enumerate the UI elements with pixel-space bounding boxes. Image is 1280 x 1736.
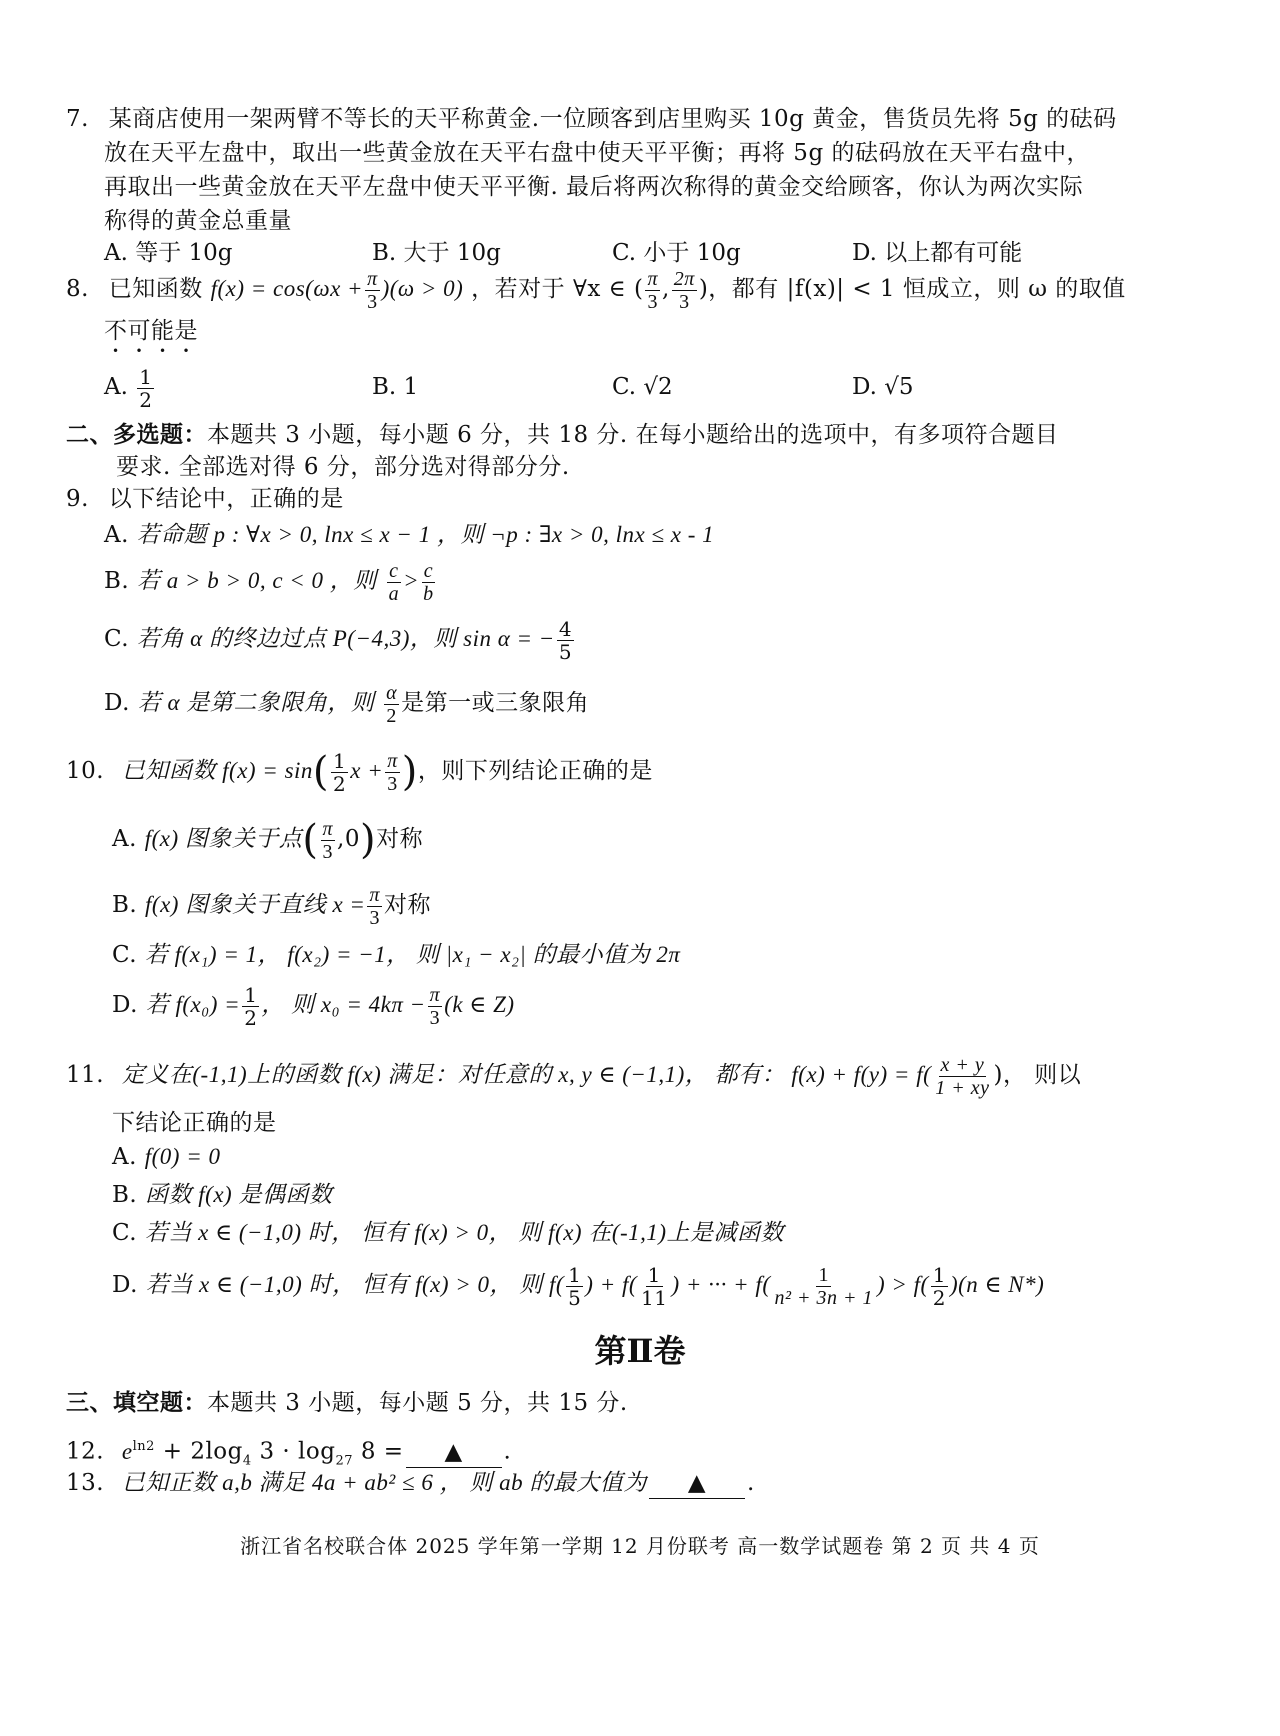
- section-heading: 三、填空题：: [66, 1389, 207, 1416]
- answer-blank[interactable]: ▲: [649, 1468, 745, 1499]
- question-text: 再取出一些黄金放在天平左盘中使天平平衡. 最后将两次称得的黄金交给顾客，你认为两…: [104, 172, 1083, 202]
- question-number: 10.: [66, 758, 104, 784]
- option-c: C. 若 f(x₁) = 1， f(x₂) = −1， 则 |x₁ − x₂| …: [112, 940, 680, 970]
- option-a: A. 等于 10g: [104, 238, 233, 268]
- part-2-title: 第Ⅱ卷: [0, 1326, 1280, 1372]
- option-b: B. f(x) 图象关于直线 x =π3对称: [112, 880, 431, 930]
- option-a: A. 12: [104, 362, 156, 412]
- option-a: A. 若命题 p : ∀x > 0, lnx ≤ x − 1 ，则 ¬p : ∃…: [104, 520, 714, 550]
- exam-page: 7. 某商店使用一架两臂不等长的天平称黄金.一位顾客到店里购买 10g 黄金，售…: [0, 0, 1280, 1736]
- question-number: 8.: [66, 276, 89, 302]
- option-b: B. 大于 10g: [372, 238, 501, 268]
- section-heading: 二、多选题：: [66, 421, 207, 448]
- option-b: B. 函数 f(x) 是偶函数: [112, 1180, 332, 1210]
- emphasized-text: 不可能是: [104, 318, 198, 344]
- question-number: 12.: [66, 1439, 104, 1465]
- question-number: 9.: [66, 486, 89, 512]
- answer-blank[interactable]: ▲: [406, 1437, 502, 1468]
- question-number: 11.: [66, 1062, 104, 1088]
- option-c: C. 若角 α 的终边过点 P(−4,3)，则 sin α = −45: [104, 614, 576, 664]
- question-number: 7.: [66, 106, 89, 132]
- page-footer: 浙江省名校联合体 2025 学年第一学期 12 月份联考 高一数学试题卷 第 2…: [0, 1530, 1280, 1559]
- question-13: 13. 已知正数 a,b 满足 4a + ab² ≤ 6 ， 则 ab 的最大值…: [66, 1468, 755, 1499]
- option-c: C. √2: [612, 372, 673, 402]
- option-d: D. 若 f(x₀) =12， 则 x₀ = 4kπ −π3(k ∈ Z): [112, 980, 515, 1030]
- option-d: D. 以上都有可能: [852, 238, 1022, 268]
- question-text: 放在天平左盘中，取出一些黄金放在天平右盘中使天平平衡；再将 5g 的砝码放在天平…: [104, 138, 1090, 168]
- option-d: D. 若 α 是第二象限角，则 α2是第一或三象限角: [104, 678, 589, 728]
- option-a: A. f(x) 图象关于点(π3,0)对称: [112, 812, 423, 866]
- question-number: 13.: [66, 1470, 104, 1496]
- option-d: D. 若当 x ∈ (−1,0) 时， 恒有 f(x) > 0， 则 f(15)…: [112, 1258, 1044, 1312]
- option-d: D. √5: [852, 372, 914, 402]
- option-c: C. 小于 10g: [612, 238, 741, 268]
- triangle-icon: ▲: [444, 1439, 462, 1465]
- question-text: 称得的黄金总重量: [104, 206, 292, 236]
- question-text: 某商店使用一架两臂不等长的天平称黄金.一位顾客到店里购买 10g 黄金，售货员先…: [109, 106, 1117, 132]
- option-c: C. 若当 x ∈ (−1,0) 时， 恒有 f(x) > 0， 则 f(x) …: [112, 1218, 784, 1248]
- triangle-icon: ▲: [688, 1470, 706, 1496]
- option-b: B. 1: [372, 372, 418, 402]
- section-3-header: 三、填空题：本题共 3 小题，每小题 5 分，共 15 分.: [66, 1388, 628, 1418]
- option-b: B. 若 a > b > 0, c < 0 ，则 ca>cb: [104, 556, 438, 606]
- option-a: A. f(0) = 0: [112, 1142, 220, 1172]
